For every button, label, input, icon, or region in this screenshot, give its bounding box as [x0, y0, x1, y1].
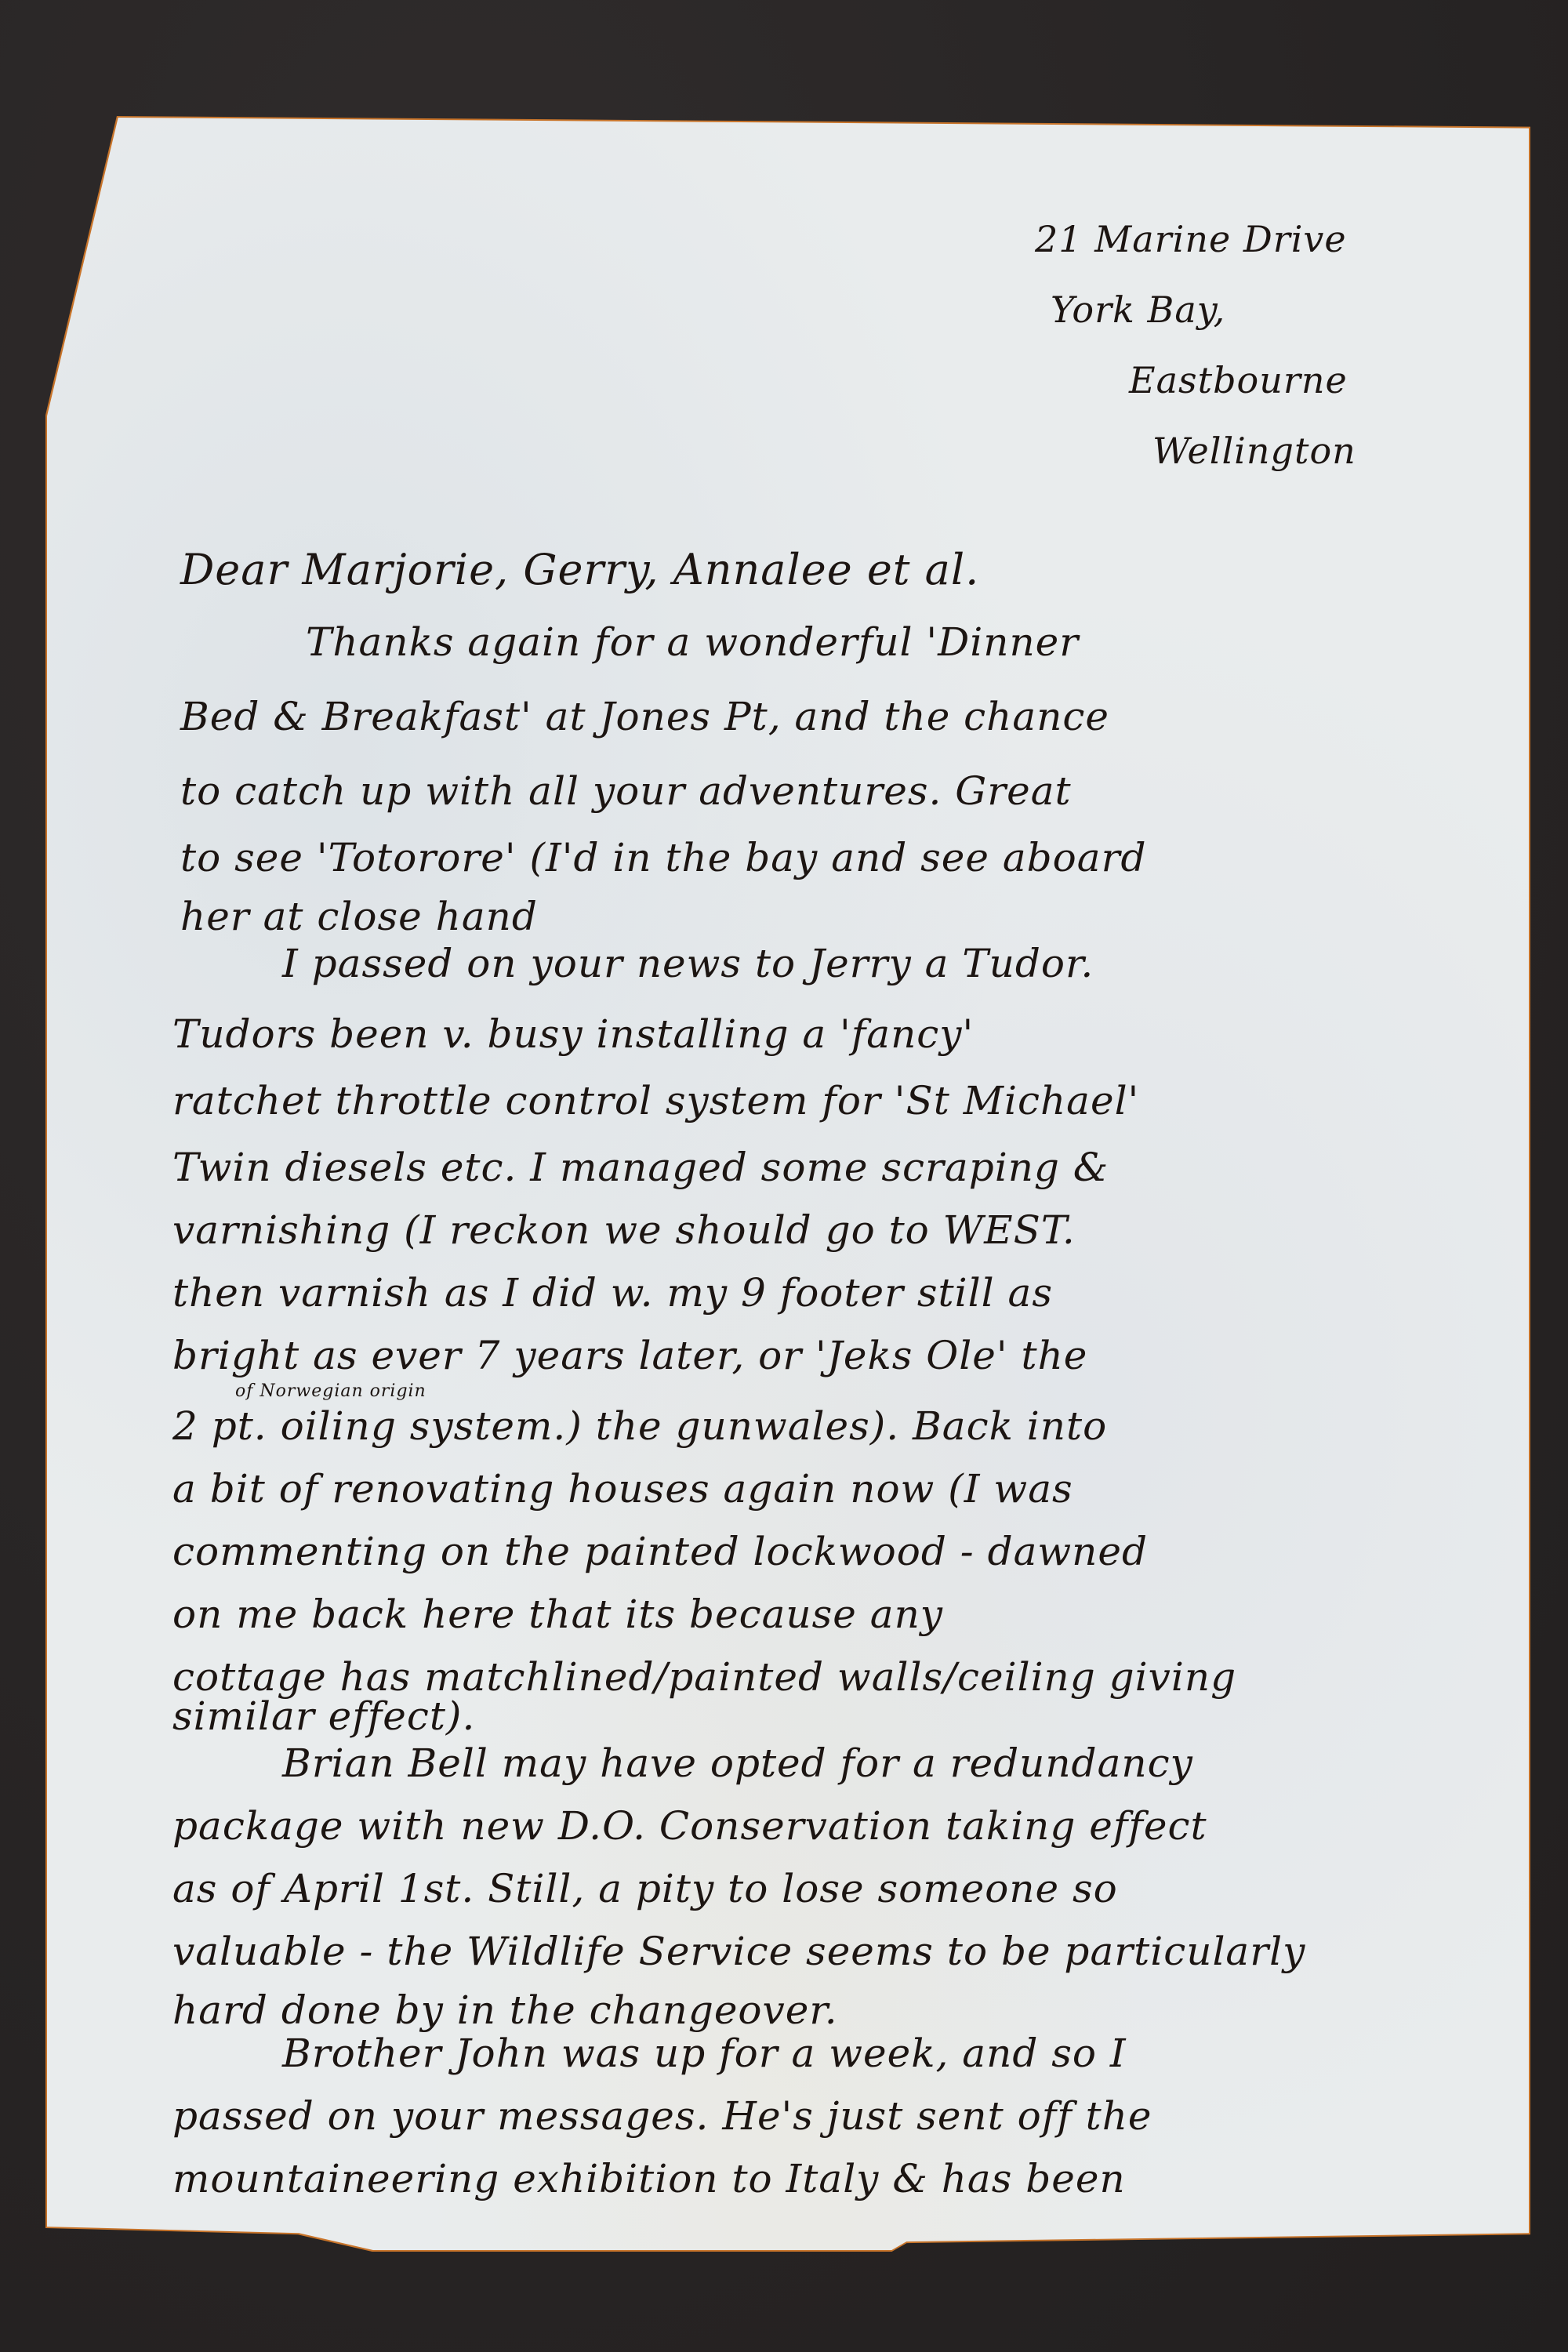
letter-line: Twin diesels etc. I managed some scrapin…	[172, 1145, 1109, 1190]
letter-line: to see 'Totorore' (I'd in the bay and se…	[180, 835, 1146, 880]
address-line: Eastbourne	[1035, 345, 1474, 416]
letter-line: to catch up with all your adventures. Gr…	[180, 768, 1072, 814]
interlinear-note: of Norwegian origin	[235, 1381, 426, 1401]
letter-line: Bed & Breakfast' at Jones Pt, and the ch…	[180, 694, 1109, 739]
letter-line: a bit of renovating houses again now (I …	[172, 1466, 1073, 1512]
letter-line: commenting on the painted lockwood - daw…	[172, 1529, 1148, 1574]
letter-line: ratchet throttle control system for 'St …	[172, 1078, 1139, 1123]
letter-page: 21 Marine Drive York Bay, Eastbourne Wel…	[47, 118, 1529, 2250]
salutation: Dear Marjorie, Gerry, Annalee et al.	[180, 545, 979, 594]
letter-line: then varnish as I did w. my 9 footer sti…	[172, 1270, 1053, 1316]
letter-line: mountaineering exhibition to Italy & has…	[172, 2156, 1126, 2201]
letter-line: passed on your messages. He's just sent …	[172, 2093, 1152, 2139]
letter-line: package with new D.O. Conservation takin…	[172, 1803, 1207, 1849]
letter-line: varnishing (I reckon we should go to WES…	[172, 1207, 1076, 1253]
letter-line: valuable - the Wildlife Service seems to…	[172, 1929, 1305, 1974]
letter-line: Thanks again for a wonderful 'Dinner	[306, 619, 1079, 665]
letter-line: 2 pt. oiling system.) the gunwales). Bac…	[172, 1403, 1107, 1449]
letter-line: Brother John was up for a week, and so I	[282, 2031, 1127, 2076]
letter-line: on me back here that its because any	[172, 1592, 943, 1637]
address-line: 21 Marine Drive	[1035, 204, 1474, 274]
sender-address: 21 Marine Drive York Bay, Eastbourne Wel…	[1035, 204, 1474, 486]
address-line: Wellington	[1035, 416, 1474, 486]
letter-line: bright as ever 7 years later, or 'Jeks O…	[172, 1333, 1087, 1378]
letter-line: hard done by in the changeover.	[172, 1987, 838, 2033]
letter-line: as of April 1st. Still, a pity to lose s…	[172, 1866, 1118, 1911]
letter-line: her at close hand	[180, 894, 538, 939]
letter-line: similar effect).	[172, 1693, 475, 1739]
letter-line: I passed on your news to Jerry a Tudor.	[282, 941, 1094, 986]
letter-line: Brian Bell may have opted for a redundan…	[282, 1740, 1193, 1786]
address-line: York Bay,	[1035, 274, 1474, 345]
letter-line: Tudors been v. busy installing a 'fancy'	[172, 1011, 974, 1057]
